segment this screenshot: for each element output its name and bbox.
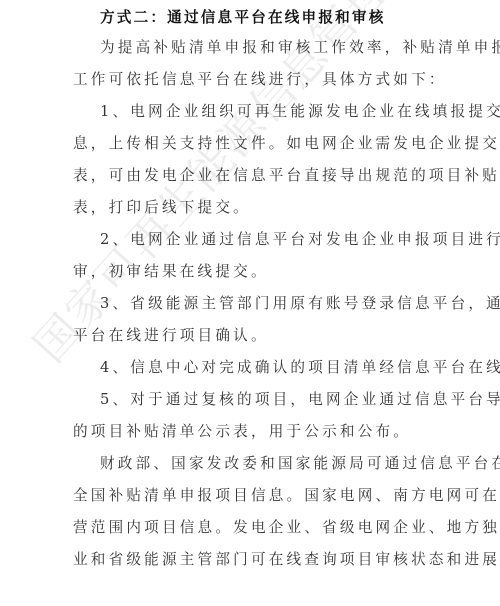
paragraph-line: 营范围内项目信息。发电企业、省级电网企业、地方独立电网企 — [73, 518, 425, 538]
list-item-1-line: 1、电网企业组织可再生能源发电企业在线填报提交项目信 — [100, 102, 425, 122]
list-item-1-line: 表，打印后线下提交。 — [73, 198, 425, 218]
section-heading-method-two: 方式二：通过信息平台在线申报和审核 — [100, 8, 425, 28]
list-item-2-line: 审，初审结果在线提交。 — [73, 262, 425, 282]
list-item-3-line: 平台在线进行项目确认。 — [73, 326, 425, 346]
list-item-3-line: 3、省级能源主管部门用原有账号登录信息平台，通过信息 — [100, 294, 425, 314]
document-page: 国家可再生能源信息管理中心 方式二：通过信息平台在线申报和审核 为提高补贴清单申… — [0, 0, 500, 606]
paragraph-line: 全国补贴清单申报项目信息。国家电网、南方电网可在线查询经 — [73, 486, 425, 506]
list-item-5-line: 的项目补贴清单公示表，用于公示和公布。 — [73, 422, 425, 442]
paragraph-line: 工作可依托信息平台在线进行，具体方式如下： — [73, 70, 425, 90]
paragraph-line: 业和省级能源主管部门可在线查询项目审核状态和进展。 — [73, 550, 425, 570]
list-item-1-line: 表，可由发电企业在信息平台直接导出规范的项目补贴清单申报 — [73, 166, 425, 186]
list-item-4-line: 4、信息中心对完成确认的项目清单经信息平台在线复核。 — [100, 358, 425, 378]
list-item-2-line: 2、电网企业通过信息平台对发电企业申报项目进行在线初 — [100, 230, 425, 250]
list-item-5-line: 5、对于通过复核的项目，电网企业通过信息平台导出规范 — [100, 390, 425, 410]
paragraph-line: 为提高补贴清单申报和审核工作效率，补贴清单申报和初审 — [100, 38, 425, 58]
list-item-1-line: 息，上传相关支持性文件。如电网企业需发电企业提交纸质申报 — [73, 134, 425, 154]
paragraph-line: 财政部、国家发改委和国家能源局可通过信息平台在线查询 — [100, 454, 425, 474]
